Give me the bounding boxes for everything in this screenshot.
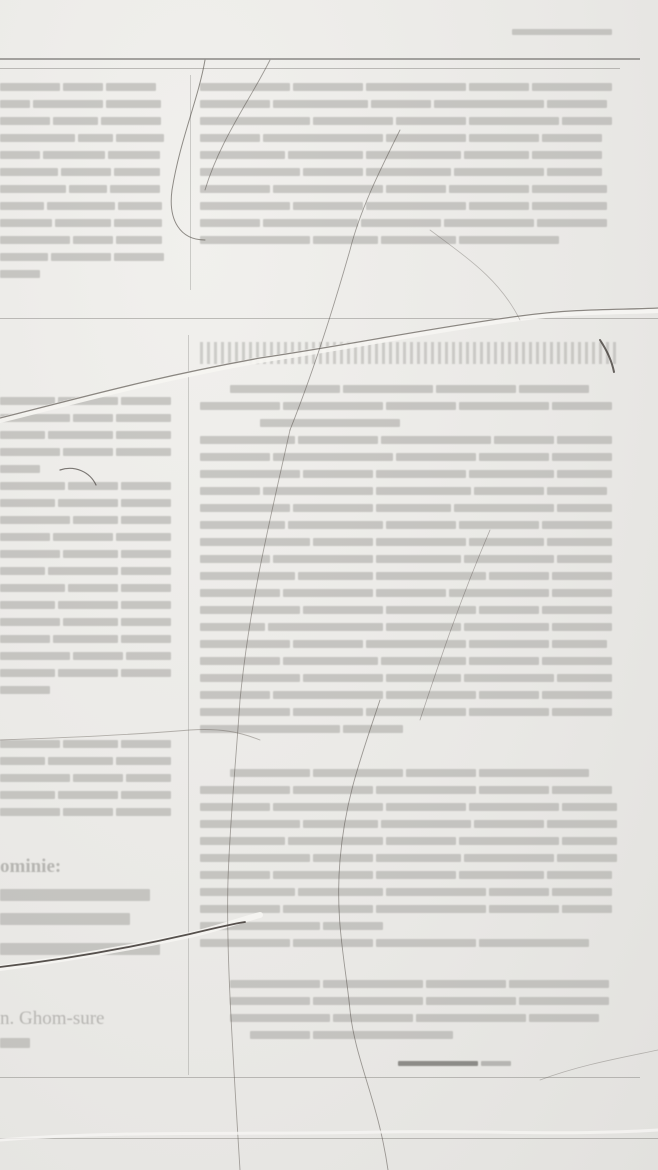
newspaper-texture: ominie: n. Ghom-sure (0, 0, 658, 1170)
cracks-overlay (0, 0, 658, 1170)
